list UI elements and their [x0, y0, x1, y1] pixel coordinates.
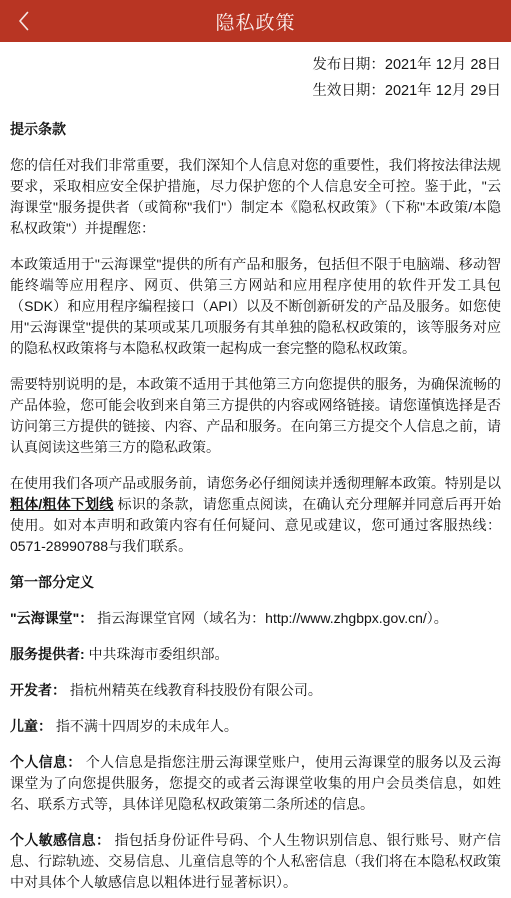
effective-date: 生效日期：2021年 12月 29日	[10, 78, 501, 104]
definition-item-yunhai-ketang: "云海课堂"： 指云海课堂官网（域名为：http://www.zhgbpx.go…	[10, 608, 501, 629]
date-block: 发布日期：2021年 12月 28日 生效日期：2021年 12月 29日	[10, 52, 501, 104]
definition-term: 服务提供者:	[10, 646, 85, 662]
policy-paragraph-1: 您的信任对我们非常重要，我们深知个人信息对您的重要性，我们将按法律法规要求，采取…	[10, 155, 501, 239]
definition-text: 指杭州精英在线教育科技股份有限公司。	[66, 682, 322, 698]
definition-item-children: 儿童： 指不满十四周岁的未成年人。	[10, 716, 501, 737]
policy-body: 发布日期：2021年 12月 28日 生效日期：2021年 12月 29日 提示…	[0, 52, 511, 893]
definition-text: 中共珠海市委组织部。	[85, 646, 229, 662]
bold-underline-emphasis: 粗体/粗体下划线	[10, 496, 114, 512]
back-button[interactable]	[4, 0, 42, 42]
policy-paragraph-4: 在使用我们各项产品或服务前，请您务必仔细阅读并透彻理解本政策。特别是以粗体/粗体…	[10, 473, 501, 557]
definition-item-developer: 开发者： 指杭州精英在线教育科技股份有限公司。	[10, 680, 501, 701]
definition-item-sensitive-info: 个人敏感信息： 指包括身份证件号码、个人生物识别信息、银行账号、财产信息、行踪轨…	[10, 830, 501, 893]
app-header: 隐私政策	[0, 0, 511, 42]
definition-term: 个人信息：	[10, 754, 82, 770]
chevron-left-icon	[15, 8, 32, 34]
tips-section-heading: 提示条款	[10, 119, 501, 140]
definition-text: 个人信息是指您注册云海课堂账户，使用云海课堂的服务以及云海课堂为了向您提供服务，…	[10, 754, 501, 812]
definition-term: "云海课堂"：	[10, 610, 93, 626]
definition-text: 指云海课堂官网（域名为：http://www.zhgbpx.gov.cn/）。	[93, 610, 448, 626]
definition-item-service-provider: 服务提供者: 中共珠海市委组织部。	[10, 644, 501, 665]
definition-text: 指不满十四周岁的未成年人。	[52, 718, 238, 734]
definition-item-personal-info: 个人信息： 个人信息是指您注册云海课堂账户，使用云海课堂的服务以及云海课堂为了向…	[10, 752, 501, 815]
definitions-section-heading: 第一部分定义	[10, 572, 501, 593]
definition-term: 儿童：	[10, 718, 52, 734]
definition-term: 开发者：	[10, 682, 66, 698]
page-title: 隐私政策	[215, 8, 295, 35]
policy-paragraph-2: 本政策适用于"云海课堂"提供的所有产品和服务，包括但不限于电脑端、移动智能终端等…	[10, 254, 501, 359]
privacy-policy-screen: 隐私政策 发布日期：2021年 12月 28日 生效日期：2021年 12月 2…	[0, 0, 511, 893]
publish-date: 发布日期：2021年 12月 28日	[10, 52, 501, 78]
policy-paragraph-3: 需要特别说明的是，本政策不适用于其他第三方向您提供的服务，为确保流畅的产品体验，…	[10, 374, 501, 458]
paragraph-4-text-before: 在使用我们各项产品或服务前，请您务必仔细阅读并透彻理解本政策。特别是以	[10, 475, 501, 491]
definition-term: 个人敏感信息：	[10, 832, 110, 848]
